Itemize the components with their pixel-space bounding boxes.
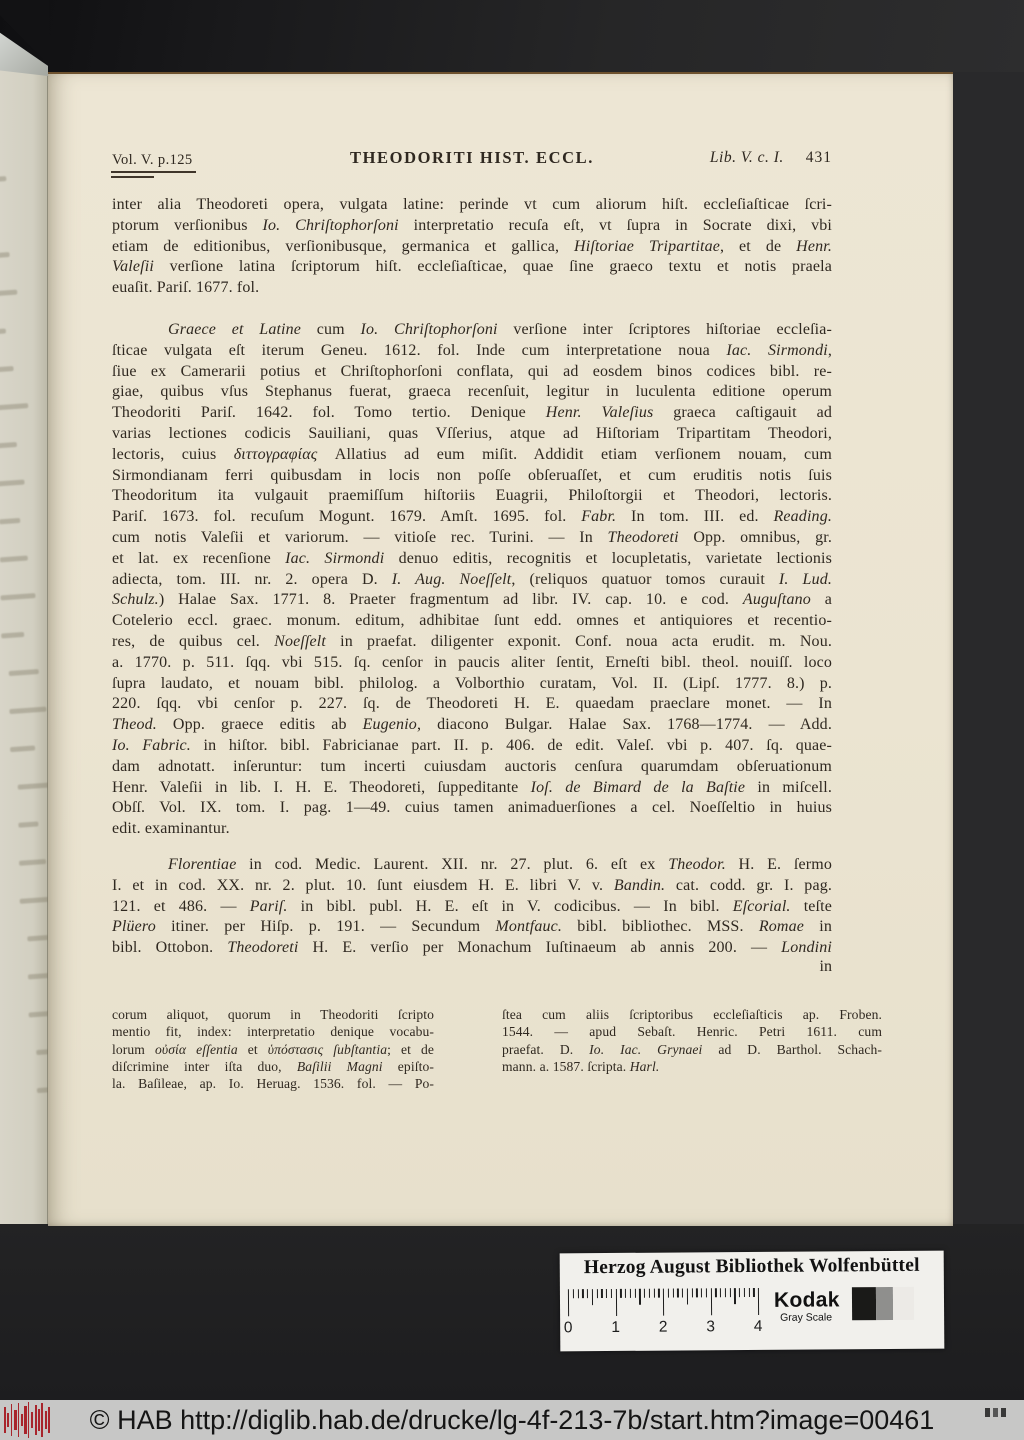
paragraph: inter alia Theodoreti opera, vulgata lat… [112, 195, 832, 299]
ruler-tick [601, 1289, 602, 1298]
ruler-tick [748, 1288, 749, 1297]
text-run: edit. examinantur. [112, 820, 230, 837]
text-run: teſte [791, 898, 832, 915]
ruler-tick [582, 1289, 583, 1298]
ruler-tick [663, 1289, 664, 1316]
ruler-tick [725, 1288, 726, 1297]
text-run: , [828, 342, 832, 359]
ghost-line [10, 745, 35, 752]
text-run: inter alia Theodoreti opera, vulgata lat… [112, 196, 832, 213]
text-run: cat. codd. gr. I. pag. [665, 877, 832, 894]
text-run: in hiſtor. bibl. Fabricianae part. II. p… [191, 737, 832, 754]
italic-text-run: Valeſii [112, 258, 154, 275]
text-line: giae, quibus vſus Stephanus fuerat, grae… [112, 382, 832, 403]
text-run: Henr. Valeſii in lib. I. H. E. Theodoret… [112, 779, 531, 796]
text-line: Theod. Opp. graece editis ab Eugenio, di… [112, 715, 832, 736]
ruler-tick [639, 1289, 640, 1305]
header-book-ref: Lib. V. c. I.431 [710, 149, 832, 167]
text-run: , et de [720, 238, 796, 255]
italic-text-run: I. Aug. Noeſſelt [392, 571, 512, 588]
patch-black [852, 1287, 876, 1320]
ruler-tick [630, 1289, 631, 1298]
text-run: dam adnotatt. inſeruntur: tum incerti cu… [112, 758, 832, 775]
ruler-tick [729, 1288, 730, 1297]
ruler-tick [568, 1289, 569, 1316]
text-run: Pariſ. 1673. fol. recuſum Mogunt. 1679. … [112, 508, 581, 525]
text-run: H. E. verſio per Monachum Iuſtinaeum ab … [298, 939, 781, 956]
text-run: et [238, 1042, 268, 1057]
text-run: itiner. per Hiſp. p. 191. — Secundum [156, 918, 496, 935]
italic-text-run: Ioſ. de Bimard de la Baſtie [531, 779, 745, 796]
italic-text-run: Pariſ. [250, 898, 288, 915]
text-run: varias lectiones codicis Sauiliani, quas… [112, 425, 832, 442]
text-line: Obſſ. Vol. IX. tom. I. pag. 1—49. cuius … [112, 798, 832, 819]
italic-text-run: Io. Chriſtophorſoni [361, 321, 498, 338]
text-line: etiam de editionibus, verſionibusque, ge… [112, 237, 832, 258]
text-run: bibl. Ottobon. [112, 939, 227, 956]
ghost-line [0, 518, 20, 524]
ruler-tick [653, 1289, 654, 1298]
text-run: in [804, 918, 832, 935]
grayscale-patches [852, 1287, 914, 1320]
text-line: cum notis Valeſii et variorum. — vitioſe… [112, 528, 832, 549]
ruler-tick [734, 1288, 735, 1304]
text-line: Henr. Valeſii in lib. I. H. E. Theodoret… [112, 778, 832, 799]
text-run: Allatius ad eum miſit. Addidit etiam ver… [317, 446, 832, 463]
text-run: in miſcell. [745, 779, 832, 796]
text-run: Theodoriti Pariſ. 1642. fol. Tomo tertio… [112, 404, 546, 421]
ruler-tick [634, 1289, 635, 1298]
text-line: praefat. D. Io. Iac. Grynaei ad D. Barth… [502, 1041, 882, 1058]
italic-text-run: Auguſtano [743, 591, 811, 608]
ruler-number: 3 [706, 1318, 715, 1336]
text-run [186, 1042, 196, 1057]
italic-text-run: Theodor. [668, 856, 726, 873]
footer-mark [1001, 1408, 1006, 1417]
ruler-tick [625, 1289, 626, 1298]
text-line: ſiue ex Camerarii potius et Chriſtophorſ… [112, 362, 832, 383]
italic-text-run: Iac. Sirmondi [285, 550, 384, 567]
ghost-line [0, 480, 25, 487]
italic-text-run: Io. Fabric. [112, 737, 191, 754]
ghost-line [0, 366, 14, 373]
text-run: res, de quibus cel. [112, 633, 274, 650]
ruler-tick [739, 1288, 740, 1297]
italic-text-run: Iac. Sirmondi [726, 342, 827, 359]
text-run: ſiue ex Camerarii potius et Chriſtophorſ… [112, 363, 832, 380]
italic-text-run: Theodoreti [227, 939, 298, 956]
text-line: 1544. — apud Sebaſt. Henric. Petri 1611.… [502, 1023, 882, 1040]
ruler-tick [753, 1288, 754, 1297]
text-line: Theodoriti Pariſ. 1642. fol. Tomo tertio… [112, 403, 832, 424]
ghost-line [0, 176, 6, 183]
ruler-tick [706, 1288, 707, 1297]
text-run: et lat. ex recenſione [112, 550, 285, 567]
ruler-number: 1 [611, 1319, 620, 1337]
text-run: lorum [112, 1042, 155, 1057]
text-run: In tom. III. ed. [616, 508, 773, 525]
text-run: H. E. ſermo [726, 856, 832, 873]
text-line: dam adnotatt. inſeruntur: tum incerti cu… [112, 757, 832, 778]
ghost-line [0, 290, 17, 297]
ruler-tick [587, 1289, 588, 1298]
text-run [323, 1042, 333, 1057]
ruler-tick [615, 1289, 616, 1316]
scan-canvas: Vol. V. p.125 THEODORITI HIST. ECCL. Lib… [0, 0, 1024, 1440]
text-run: mann. a. 1587. ſcripta. [502, 1059, 630, 1074]
text-run: interpretatio recuſa eſt, vt ſupra in So… [399, 217, 832, 234]
italic-text-run: Henr. [796, 238, 832, 255]
text-line: Sirmondianam ferri quibusdam in locis no… [112, 466, 832, 487]
italic-text-run: ſubſtantia [333, 1042, 387, 1057]
text-run: giae, quibus vſus Stephanus fuerat, grae… [112, 383, 832, 400]
text-line: Schulz.) Halae Sax. 1771. 8. Praeter fra… [112, 590, 832, 611]
text-run: ſupra laudato, et nouam bibl. philolog. … [112, 675, 832, 692]
ruler-tick [758, 1288, 759, 1315]
italic-text-run: Romae [759, 918, 804, 935]
text-run: ; et de [387, 1042, 434, 1057]
patch-gray [876, 1287, 893, 1320]
ruler-number: 0 [564, 1319, 573, 1337]
italic-text-run: Io. Iac. Grynaei [589, 1042, 702, 1057]
italic-text-run: Baſilii Magni [297, 1059, 383, 1074]
text-line: I. et in cod. XX. nr. 2. plut. 10. ſunt … [112, 876, 832, 897]
text-run: ptorum verſionibus [112, 217, 263, 234]
ruler-tick [687, 1288, 688, 1304]
text-run: Sirmondianam ferri quibusdam in locis no… [112, 467, 832, 484]
gray-scale-text: Gray Scale [780, 1311, 854, 1324]
italic-text-run: Bandin. [614, 877, 665, 894]
text-run: in bibl. publ. H. E. eſt in V. codicibus… [288, 898, 733, 915]
italic-text-run: Theod. [112, 716, 157, 733]
text-run: ad D. Barthol. Schach- [702, 1042, 882, 1057]
ruler-tick [592, 1289, 593, 1305]
text-line: diſcrimine inter iſta duo, Baſilii Magni… [112, 1058, 434, 1075]
footer-copyright-url: © HAB http://diglib.hab.de/drucke/lg-4f-… [0, 1405, 1024, 1436]
ruler-number: 2 [659, 1319, 668, 1337]
italic-text-run: Schulz. [112, 591, 159, 608]
page-number: 431 [806, 149, 832, 166]
ghost-line [18, 821, 38, 827]
italic-text-run: Plüero [112, 918, 156, 935]
text-line: mann. a. 1587. ſcripta. Harl. [502, 1058, 882, 1075]
text-line: ſtea cum aliis ſcriptoribus eccleſiaſtic… [502, 1006, 882, 1023]
text-run: praefat. D. [502, 1042, 589, 1057]
ruler-tick [710, 1288, 711, 1315]
italic-text-run: Eſcorial. [733, 898, 791, 915]
text-line: a. 1770. p. 511. ſqq. vbi 515. ſq. cenſo… [112, 653, 832, 674]
italic-text-run: Harl. [630, 1059, 660, 1074]
ruler-tick [677, 1289, 678, 1298]
text-line: Cotelerio eccl. graec. monum. editum, ad… [112, 611, 832, 632]
italic-text-run: eſſentia [196, 1042, 238, 1057]
ruler-number: 4 [754, 1318, 763, 1336]
ruler-tick [682, 1288, 683, 1297]
text-line: lectoris, cuius διττογραφίας Allatius ad… [112, 445, 832, 466]
ruler-tick [672, 1289, 673, 1298]
text-line: varias lectiones codicis Sauiliani, quas… [112, 424, 832, 445]
text-line: corum aliquot, quorum in Theodoriti ſcri… [112, 1006, 434, 1023]
italic-text-run: Eugenio [363, 716, 417, 733]
ghost-line [18, 783, 50, 790]
text-line: ptorum verſionibus Io. Chriſtophorſoni i… [112, 216, 832, 237]
text-run: 1544. — apud Sebaſt. Henric. Petri 1611.… [502, 1024, 882, 1039]
italic-text-run: Fabr. [581, 508, 616, 525]
text-line: 121. et 486. — Pariſ. in bibl. publ. H. … [112, 897, 832, 918]
text-run: la. Baſileae, ap. Io. Heruag. 1536. fol.… [112, 1076, 434, 1091]
text-run: cum notis Valeſii et variorum. — vitioſe… [112, 529, 608, 546]
text-run: Opp. omnibus, gr. [679, 529, 832, 546]
ruler-tick [715, 1288, 716, 1297]
text-run: mentio fit, index: interpretatio denique… [112, 1024, 434, 1039]
text-line: Graece et Latine cum Io. Chriſtophorſoni… [112, 320, 832, 341]
text-run: euaſit. Pariſ. 1677. fol. [112, 279, 259, 296]
text-line: Theodoritum ita vulgauit praemiſſum hiſt… [112, 486, 832, 507]
ghost-line [9, 707, 46, 715]
footnote-left-column: corum aliquot, quorum in Theodoriti ſcri… [112, 1006, 434, 1092]
italic-text-run: Reading. [773, 508, 832, 525]
text-line: Plüero itiner. per Hiſp. p. 191. — Secun… [112, 917, 832, 938]
text-run: I. et in cod. XX. nr. 2. plut. 10. ſunt … [112, 877, 614, 894]
text-run: a. 1770. p. 511. ſqq. vbi 515. ſq. cenſo… [112, 654, 832, 671]
text-run: in praefat. diligenter exponit. Conf. no… [326, 633, 832, 650]
ruler-tick [573, 1289, 574, 1298]
hab-library-label: Herzog August Bibliothek Wolfenbüttel 01… [560, 1251, 945, 1352]
ruler-tick [620, 1289, 621, 1298]
text-run: bibl. bibliothec. MSS. [562, 918, 759, 935]
page-header: Vol. V. p.125 THEODORITI HIST. ECCL. Lib… [112, 148, 832, 172]
text-run: lectoris, cuius [112, 446, 234, 463]
text-run: ſticae vulgata eſt iterum Geneu. 1612. f… [112, 342, 726, 359]
text-run: cum [301, 321, 360, 338]
text-run: , diacono Bulgar. Halae Sax. 1768—1774. … [417, 716, 832, 733]
text-run: Cotelerio eccl. graec. monum. editum, ad… [112, 612, 832, 629]
ghost-line [1, 632, 24, 639]
text-run: etiam de editionibus, verſionibusque, ge… [112, 238, 574, 255]
kodak-brand-text: Kodak [774, 1288, 854, 1313]
ruler-tick [720, 1288, 721, 1297]
footer-tiny-marks [985, 1408, 1006, 1417]
text-run: in cod. Medic. Laurent. XII. nr. 27. plu… [236, 856, 668, 873]
patch-white [893, 1287, 914, 1320]
footer-bar: © HAB http://diglib.hab.de/drucke/lg-4f-… [0, 1400, 1024, 1440]
scanner-background-top [0, 0, 1024, 72]
ghost-line [0, 555, 28, 562]
text-run: , (reliquos quatuor tomos curauit [511, 571, 779, 588]
text-run: ) Halae Sax. 1771. 8. Praeter fragmentum… [159, 591, 743, 608]
italic-text-run: Henr. Valeſius [546, 404, 654, 421]
text-line: edit. examinantur. [112, 819, 832, 840]
text-run: Opp. graece editis ab [157, 716, 363, 733]
text-run: Theodoritum ita vulgauit praemiſſum hiſt… [112, 487, 832, 504]
ruler-tick [649, 1289, 650, 1298]
greek-text-run: ὑπόστασις [268, 1042, 323, 1057]
greek-text-run: διττογραφίας [234, 446, 318, 463]
ruler-tick [668, 1289, 669, 1298]
text-run: Obſſ. Vol. IX. tom. I. pag. 1—49. cuius … [112, 799, 832, 816]
italic-text-run: Theodoreti [608, 529, 679, 546]
italic-text-run: Noeſſelt [274, 633, 326, 650]
text-run: adiecta, tom. III. nr. 2. opera D. [112, 571, 392, 588]
ghost-line [9, 669, 39, 676]
text-line: lorum οὐσία eſſentia et ὑπόστασις ſubſta… [112, 1041, 434, 1058]
cm-ruler: 01234 [568, 1288, 762, 1345]
italic-text-run: Montfauc. [495, 918, 562, 935]
text-run: epiſto- [383, 1059, 434, 1074]
ruler-tick [701, 1288, 702, 1297]
text-line: et lat. ex recenſione Iac. Sirmondi denu… [112, 549, 832, 570]
text-run: graeca caſtigauit ad [653, 404, 832, 421]
catchword: in [112, 958, 832, 976]
text-run: corum aliquot, quorum in Theodoriti ſcri… [112, 1007, 434, 1022]
text-line: bibl. Ottobon. Theodoreti H. E. verſio p… [112, 938, 832, 959]
ghost-line [0, 593, 35, 600]
text-run: ſtea cum aliis ſcriptoribus eccleſiaſtic… [502, 1007, 882, 1022]
ruler-tick [658, 1289, 659, 1298]
scanned-page: Vol. V. p.125 THEODORITI HIST. ECCL. Lib… [48, 72, 953, 1226]
italic-text-run: Hiſtoriae Tripartitae [574, 238, 720, 255]
paragraph: Graece et Latine cum Io. Chriſtophorſoni… [112, 320, 832, 840]
ruler-tick [691, 1288, 692, 1297]
text-line: inter alia Theodoreti opera, vulgata lat… [112, 195, 832, 216]
text-run: diſcrimine inter iſta duo, [112, 1059, 297, 1074]
text-line: ſticae vulgata eſt iterum Geneu. 1612. f… [112, 341, 832, 362]
italic-text-run: I. Lud. [779, 571, 832, 588]
paragraph: Florentiae in cod. Medic. Laurent. XII. … [112, 855, 832, 959]
ruler-tick [644, 1289, 645, 1298]
text-run: verſione inter ſcriptores hiſtoriae eccl… [498, 321, 832, 338]
text-line: mentio fit, index: interpretatio denique… [112, 1023, 434, 1040]
ghost-line [0, 252, 10, 259]
text-line: la. Baſileae, ap. Io. Heruag. 1536. fol.… [112, 1075, 434, 1092]
header-book-ref-text: Lib. V. c. I. [710, 149, 784, 166]
footnote-right-column: ſtea cum aliis ſcriptoribus eccleſiaſtic… [502, 1006, 882, 1075]
text-line: Pariſ. 1673. fol. recuſum Mogunt. 1679. … [112, 507, 832, 528]
italic-text-run: Londini [781, 939, 832, 956]
text-run: 220. ſqq. vbi cenſor p. 227. ſq. de Theo… [112, 695, 832, 712]
text-line: ſupra laudato, et nouam bibl. philolog. … [112, 674, 832, 695]
text-line: 220. ſqq. vbi cenſor p. 227. ſq. de Theo… [112, 694, 832, 715]
ruler-tick [596, 1289, 597, 1298]
kodak-wordmark: Kodak Gray Scale [774, 1288, 854, 1324]
ghost-line [27, 935, 49, 942]
italic-text-run: Graece et Latine [168, 321, 301, 338]
ghost-line [19, 859, 46, 866]
ruler-tick [611, 1289, 612, 1298]
ghost-line [0, 442, 17, 449]
footer-mark [993, 1408, 998, 1417]
italic-text-run: Florentiae [168, 856, 236, 873]
text-run: a [811, 591, 832, 608]
label-title: Herzog August Bibliothek Wolfenbüttel [560, 1255, 944, 1280]
ghost-line [0, 403, 28, 411]
text-line: adiecta, tom. III. nr. 2. opera D. I. Au… [112, 570, 832, 591]
ruler-tick [744, 1288, 745, 1297]
text-line: Valeſii verſione latina ſcriptorum hiſt.… [112, 257, 832, 278]
ruler-tick [606, 1289, 607, 1298]
text-run: 121. et 486. — [112, 898, 250, 915]
ruler-tick [577, 1289, 578, 1298]
text-line: euaſit. Pariſ. 1677. fol. [112, 278, 832, 299]
text-line: Florentiae in cod. Medic. Laurent. XII. … [112, 855, 832, 876]
text-run: denuo editis, recognitis et locupletatis… [384, 550, 832, 567]
text-run: verſione latina ſcriptorum hiſt. eccleſi… [154, 258, 832, 275]
greek-text-run: οὐσία [155, 1042, 186, 1057]
ghost-line [0, 328, 6, 335]
text-line: res, de quibus cel. Noeſſelt in praefat.… [112, 632, 832, 653]
footer-mark [985, 1408, 990, 1417]
left-page-edge-strip [0, 70, 48, 1224]
ruler-tick [696, 1288, 697, 1297]
text-line: Io. Fabric. in hiſtor. bibl. Fabricianae… [112, 736, 832, 757]
italic-text-run: Io. Chriſtophorſoni [263, 217, 399, 234]
